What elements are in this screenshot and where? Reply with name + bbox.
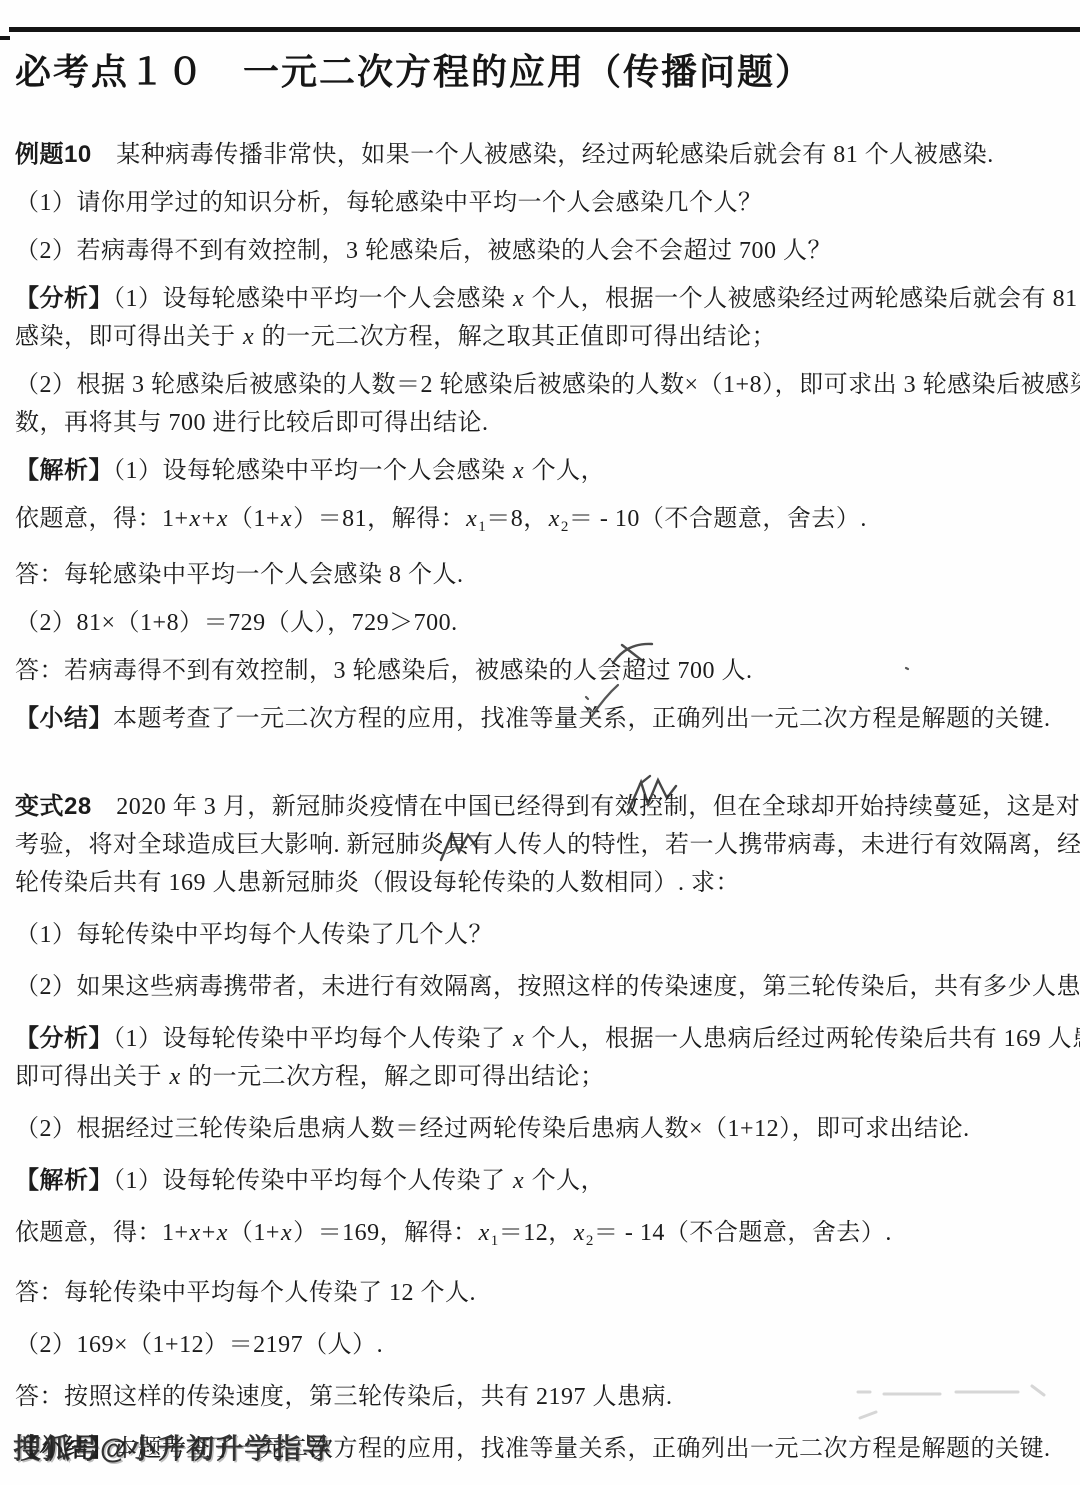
text-line: 答：每轮传染中平均每个人传染了 12 个人.: [15, 1274, 1072, 1312]
text-line: 【解析】（1）设每轮感染中平均一个人会感染 x 个人，: [15, 452, 1072, 490]
text-segment: （1）设每轮传染中平均每个人传染了: [113, 1168, 512, 1194]
text-segment: 轮传染后共有 169 人患新冠肺炎（假设每轮传染的人数相同）. 求：: [15, 870, 740, 896]
text-segment: （2）若病毒得不到有效控制，3 轮感染后，被感染的人会不会超过 700 人？: [15, 238, 832, 264]
paragraph: 【小结】本题考查了一元二次方程的应用，找准等量关系，正确列出一元二次方程是解题的…: [15, 700, 1072, 738]
text-line: 依题意，得：1+x+x（1+x）＝169，解得：x1＝12，x2＝ - 14（不…: [15, 1214, 1072, 1260]
text-segment: x: [548, 506, 561, 532]
text-segment: 2: [561, 519, 569, 535]
paragraph: （2）根据经过三轮传染后患病人数＝经过两轮传染后患病人数×（1+12），即可求出…: [15, 1110, 1072, 1148]
text-segment: ＝ - 14（不合题意，舍去）.: [594, 1220, 892, 1246]
section-label: 【小结】: [15, 1435, 113, 1462]
text-segment: 数，再将其与 700 进行比较后即可得出结论.: [15, 410, 489, 436]
paragraph: 答：若病毒得不到有效控制，3 轮感染后，被感染的人会超过 700 人.: [15, 652, 1072, 690]
text-segment: x: [189, 1220, 202, 1246]
text-segment: 答：若病毒得不到有效控制，3 轮感染后，被感染的人会超过 700 人.: [15, 658, 753, 684]
text-segment: ＝ - 10（不合题意，舍去）.: [569, 506, 867, 532]
section-label: 【解析】: [15, 457, 113, 484]
paragraph: 【解析】（1）设每轮感染中平均一个人会感染 x 个人，: [15, 452, 1072, 490]
page-title: 必考点１０ 一元二次方程的应用（传播问题）: [15, 50, 1072, 94]
text-segment: 1: [491, 1233, 499, 1249]
text-line: 考验，将对全球造成巨大影响. 新冠肺炎具有人传人的特性，若一人携带病毒，未进行有…: [15, 826, 1072, 864]
text-segment: ）＝169，解得：: [293, 1220, 478, 1246]
text-segment: 2020 年 3 月，新冠肺炎疫情在中国已经得到有效控制，但在全球却开始持续蔓延…: [92, 794, 1080, 820]
text-segment: 个人，: [525, 1168, 605, 1194]
text-segment: x: [512, 1026, 525, 1052]
text-segment: 某种病毒传播非常快，如果一个人被感染，经过两轮感染后就会有 81 个人被感染.: [92, 142, 994, 168]
text-segment: 即可得出关于: [15, 1064, 169, 1090]
paragraph: 【分析】（1）设每轮传染中平均每个人传染了 x 个人，根据一人患病后经过两轮传染…: [15, 1020, 1072, 1096]
section-label: 例题10: [15, 141, 92, 168]
text-segment: x: [280, 1220, 293, 1246]
text-segment: x: [573, 1220, 586, 1246]
text-segment: 答：按照这样的传染速度，第三轮传染后，共有 2197 人患病.: [15, 1384, 673, 1410]
section-label: 【小结】: [15, 705, 113, 732]
text-segment: ＝8，: [486, 506, 548, 532]
text-line: （2）根据经过三轮传染后患病人数＝经过两轮传染后患病人数×（1+12），即可求出…: [15, 1110, 1072, 1148]
text-segment: （2）如果这些病毒携带者，未进行有效隔离，按照这样的传染速度，第三轮传染后，共有…: [15, 974, 1080, 1000]
text-segment: +: [202, 506, 216, 532]
text-line: （2）169×（1+12）＝2197（人）.: [15, 1326, 1072, 1364]
text-segment: （1）请你用学过的知识分析，每轮感染中平均一个人会感染几个人？: [15, 190, 763, 216]
paragraph: （2）81×（1+8）＝729（人），729＞700.: [15, 604, 1072, 642]
text-line: （2）根据 3 轮感染后被感染的人数＝2 轮感染后被感染的人数×（1+8），即可…: [15, 366, 1072, 404]
text-line: 答：若病毒得不到有效控制，3 轮感染后，被感染的人会超过 700 人.: [15, 652, 1072, 690]
paragraph: 【分析】（1）设每轮感染中平均一个人会感染 x 个人，根据一个人被感染经过两轮感…: [15, 280, 1072, 356]
text-line: 例题10 某种病毒传播非常快，如果一个人被感染，经过两轮感染后就会有 81 个人…: [15, 136, 1072, 174]
paragraph: （2）169×（1+12）＝2197（人）.: [15, 1326, 1072, 1364]
text-line: 【解析】（1）设每轮传染中平均每个人传染了 x 个人，: [15, 1162, 1072, 1200]
text-line: 轮传染后共有 169 人患新冠肺炎（假设每轮传染的人数相同）. 求：: [15, 864, 1072, 902]
text-segment: ）＝81，解得：: [293, 506, 465, 532]
paragraph: （1）每轮传染中平均每个人传染了几个人？: [15, 916, 1072, 954]
text-segment: 感染，即可得出关于: [15, 324, 242, 350]
text-segment: x: [242, 324, 255, 350]
text-line: （2）若病毒得不到有效控制，3 轮感染后，被感染的人会不会超过 700 人？: [15, 232, 1072, 270]
worksheet-page: 必考点１０ 一元二次方程的应用（传播问题） 例题10 某种病毒传播非常快，如果一…: [0, 0, 1080, 1485]
text-line: 数，再将其与 700 进行比较后即可得出结论.: [15, 404, 1072, 442]
text-segment: 答：每轮感染中平均一个人会感染 8 个人.: [15, 562, 464, 588]
page-content: 必考点１０ 一元二次方程的应用（传播问题） 例题10 某种病毒传播非常快，如果一…: [0, 0, 1080, 1468]
paragraph: 依题意，得：1+x+x（1+x）＝81，解得：x1＝8，x2＝ - 10（不合题…: [15, 500, 1072, 546]
text-segment: 依题意，得：1+: [15, 1220, 189, 1246]
text-segment: （1）设每轮感染中平均一个人会感染: [113, 286, 512, 312]
paragraph: （2）如果这些病毒携带者，未进行有效隔离，按照这样的传染速度，第三轮传染后，共有…: [15, 968, 1072, 1006]
paragraph: （1）请你用学过的知识分析，每轮感染中平均一个人会感染几个人？: [15, 184, 1072, 222]
text-line: 变式28 2020 年 3 月，新冠肺炎疫情在中国已经得到有效控制，但在全球却开…: [15, 788, 1072, 826]
paragraph: 答：按照这样的传染速度，第三轮传染后，共有 2197 人患病.: [15, 1378, 1072, 1416]
text-segment: x: [465, 506, 478, 532]
text-segment: x: [189, 506, 202, 532]
text-line: （1）每轮传染中平均每个人传染了几个人？: [15, 916, 1072, 954]
text-segment: 本题考查了一元二次方程的应用，找准等量关系，正确列出一元二次方程是解题的关键.: [113, 706, 1051, 732]
text-segment: 个人，: [525, 458, 605, 484]
text-segment: x: [216, 1220, 229, 1246]
text-line: 【小结】本题考查了一元二次方程的应用，找准等量关系，正确列出一元二次方程是解题的…: [15, 700, 1072, 738]
text-segment: （2）169×（1+12）＝2197（人）.: [15, 1332, 383, 1358]
paragraph: 【小结】本题考查了一元二次方程的应用，找准等量关系，正确列出一元二次方程是解题的…: [15, 1430, 1072, 1468]
text-line: 依题意，得：1+x+x（1+x）＝81，解得：x1＝8，x2＝ - 10（不合题…: [15, 500, 1072, 546]
text-segment: 本题考查了一元二次方程的应用，找准等量关系，正确列出一元二次方程是解题的关键.: [113, 1436, 1051, 1462]
section-label: 【分析】: [15, 1025, 113, 1052]
text-segment: x: [216, 506, 229, 532]
text-segment: 的一元二次方程，解之取其正值即可得出结论；: [255, 324, 776, 350]
text-segment: （1）设每轮感染中平均一个人会感染: [113, 458, 512, 484]
paragraph-container: 例题10 某种病毒传播非常快，如果一个人被感染，经过两轮感染后就会有 81 个人…: [15, 136, 1072, 1468]
text-segment: 依题意，得：1+: [15, 506, 189, 532]
paragraph: 答：每轮感染中平均一个人会感染 8 个人.: [15, 556, 1072, 594]
section-label: 【解析】: [15, 1167, 113, 1194]
text-line: （2）81×（1+8）＝729（人），729＞700.: [15, 604, 1072, 642]
text-line: 答：每轮感染中平均一个人会感染 8 个人.: [15, 556, 1072, 594]
text-segment: x: [169, 1064, 182, 1090]
text-segment: x: [512, 458, 525, 484]
text-line: （2）如果这些病毒携带者，未进行有效隔离，按照这样的传染速度，第三轮传染后，共有…: [15, 968, 1072, 1006]
paragraph: 依题意，得：1+x+x（1+x）＝169，解得：x1＝12，x2＝ - 14（不…: [15, 1214, 1072, 1260]
text-segment: ＝12，: [499, 1220, 573, 1246]
paragraph: （2）根据 3 轮感染后被感染的人数＝2 轮感染后被感染的人数×（1+8），即可…: [15, 366, 1072, 442]
text-segment: x: [512, 1168, 525, 1194]
text-segment: x: [280, 506, 293, 532]
paragraph: 变式28 2020 年 3 月，新冠肺炎疫情在中国已经得到有效控制，但在全球却开…: [15, 788, 1072, 902]
text-segment: （2）根据经过三轮传染后患病人数＝经过两轮传染后患病人数×（1+12），即可求出…: [15, 1116, 970, 1142]
paragraph: 例题10 某种病毒传播非常快，如果一个人被感染，经过两轮感染后就会有 81 个人…: [15, 136, 1072, 174]
text-segment: （2）根据 3 轮感染后被感染的人数＝2 轮感染后被感染的人数×（1+8），即可…: [15, 372, 1080, 398]
text-line: 感染，即可得出关于 x 的一元二次方程，解之取其正值即可得出结论；: [15, 318, 1072, 356]
text-segment: 的一元二次方程，解之即可得出结论；: [182, 1064, 605, 1090]
paragraph: 【解析】（1）设每轮传染中平均每个人传染了 x 个人，: [15, 1162, 1072, 1200]
text-line: （1）请你用学过的知识分析，每轮感染中平均一个人会感染几个人？: [15, 184, 1072, 222]
section-label: 【分析】: [15, 285, 113, 312]
text-segment: 个人，根据一人患病后经过两轮传染后共有 169 人患病，: [525, 1026, 1080, 1052]
text-segment: （1+: [229, 1220, 280, 1246]
text-segment: （1）设每轮传染中平均每个人传染了: [113, 1026, 512, 1052]
text-segment: 考验，将对全球造成巨大影响. 新冠肺炎具有人传人的特性，若一人携带病毒，未进行有…: [15, 832, 1080, 858]
text-line: 答：按照这样的传染速度，第三轮传染后，共有 2197 人患病.: [15, 1378, 1072, 1416]
text-line: 【分析】（1）设每轮传染中平均每个人传染了 x 个人，根据一人患病后经过两轮传染…: [15, 1020, 1072, 1058]
text-segment: x: [478, 1220, 491, 1246]
text-segment: +: [202, 1220, 216, 1246]
text-line: 【小结】本题考查了一元二次方程的应用，找准等量关系，正确列出一元二次方程是解题的…: [15, 1430, 1072, 1468]
section-label: 变式28: [15, 793, 92, 820]
text-segment: （2）81×（1+8）＝729（人），729＞700.: [15, 610, 458, 636]
text-segment: 个人，根据一个人被感染经过两轮感染后就会有 81 个人被: [525, 286, 1080, 312]
text-segment: 答：每轮传染中平均每个人传染了 12 个人.: [15, 1280, 476, 1306]
text-segment: （1）每轮传染中平均每个人传染了几个人？: [15, 922, 493, 948]
text-segment: 2: [586, 1233, 594, 1249]
text-line: 【分析】（1）设每轮感染中平均一个人会感染 x 个人，根据一个人被感染经过两轮感…: [15, 280, 1072, 318]
text-segment: x: [512, 286, 525, 312]
paragraph: （2）若病毒得不到有效控制，3 轮感染后，被感染的人会不会超过 700 人？: [15, 232, 1072, 270]
text-segment: （1+: [229, 506, 280, 532]
text-line: 即可得出关于 x 的一元二次方程，解之即可得出结论；: [15, 1058, 1072, 1096]
paragraph: 答：每轮传染中平均每个人传染了 12 个人.: [15, 1274, 1072, 1312]
